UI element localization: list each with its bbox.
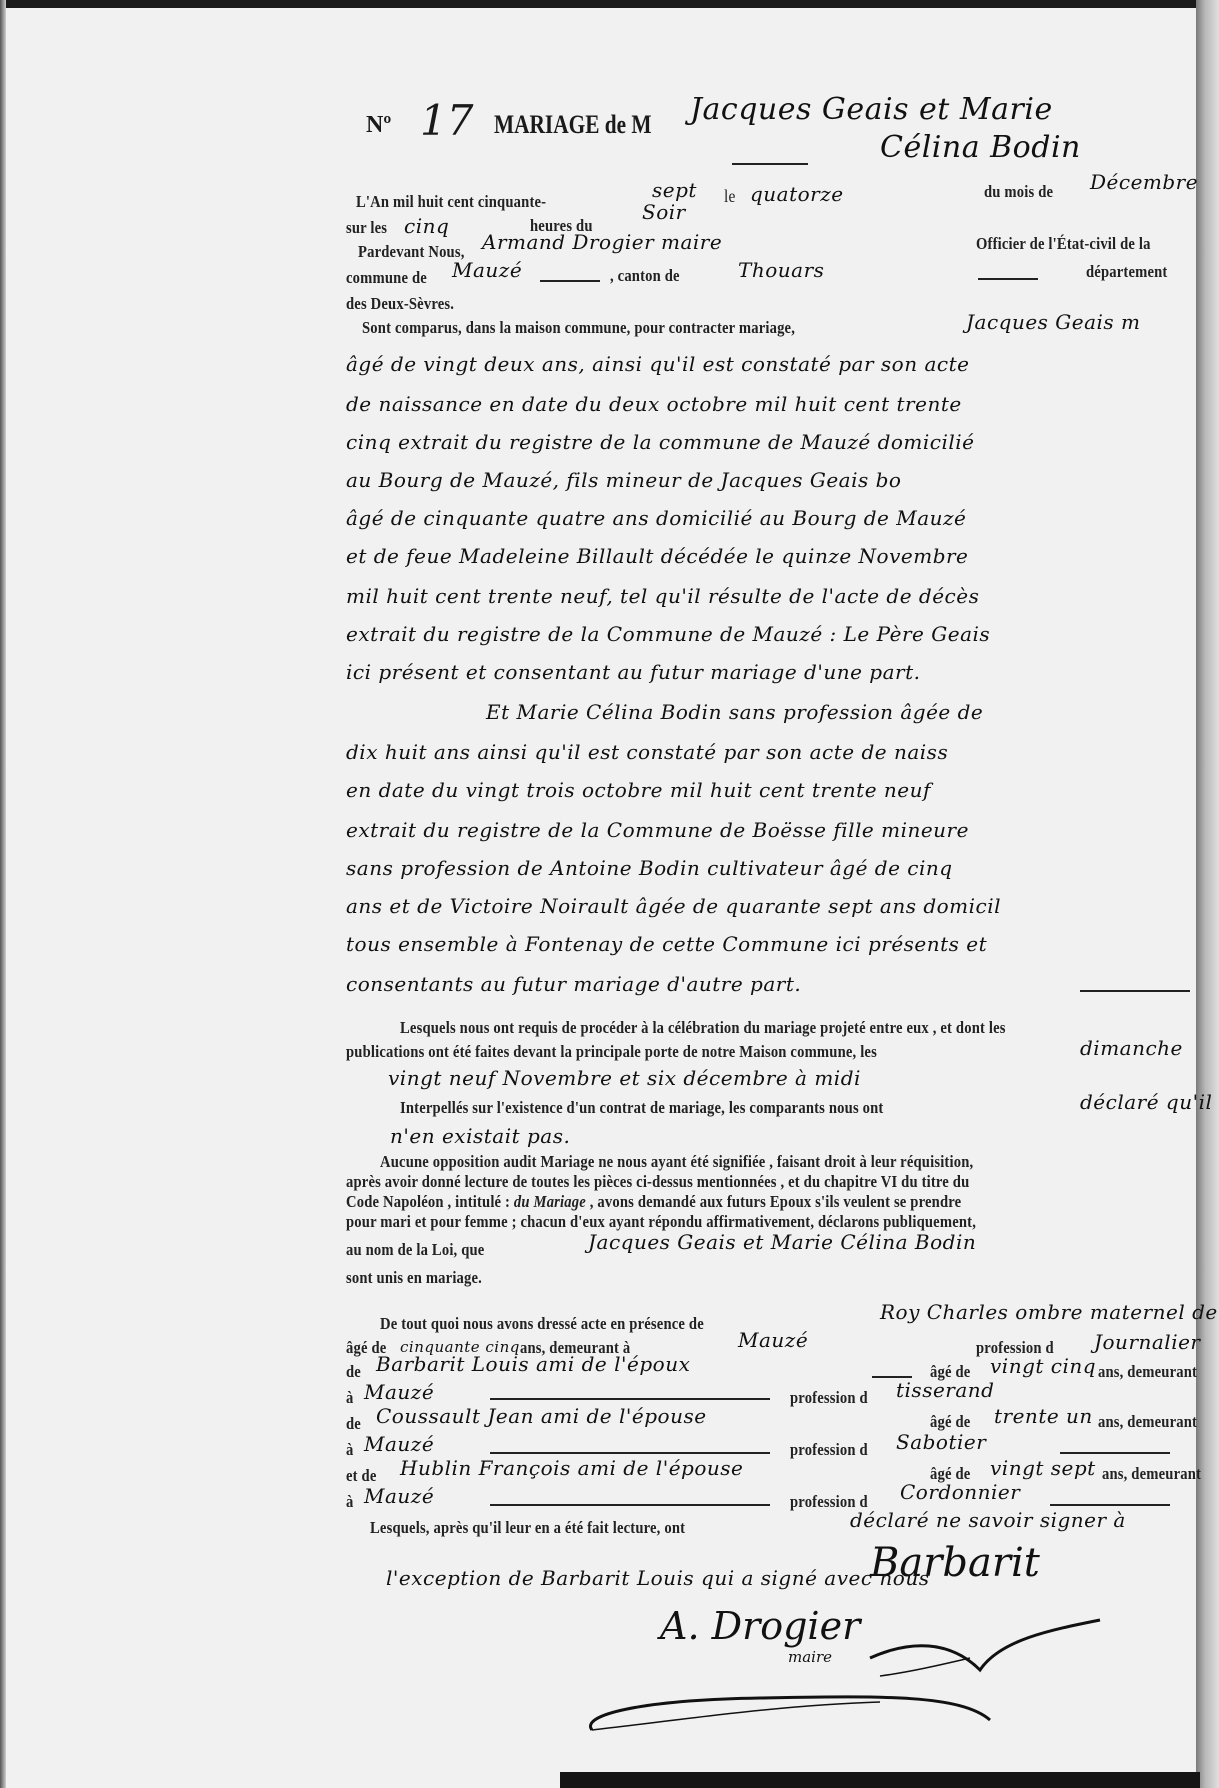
contract-declaration-value: n'en existait pas. (390, 1124, 570, 1148)
officer-label: Officier de l'État-civil de la (976, 234, 1151, 254)
header-rule (732, 163, 808, 165)
fill-dash (1050, 1504, 1170, 1506)
fill-dash (490, 1452, 770, 1454)
residence-prefix: à (346, 1492, 353, 1512)
groom-line: au Bourg de Mauzé, fils mineur de Jacque… (346, 468, 901, 492)
departement-value: des Deux-Sèvres. (346, 294, 454, 314)
page-top-edge (0, 0, 1219, 8)
witness-age: trente un (994, 1404, 1093, 1428)
opposition-text: Code Napoléon , intitulé : du Mariage , … (346, 1192, 961, 1212)
officer-name: Armand Drogier maire (482, 230, 722, 254)
united-text: sont unis en mariage. (346, 1268, 482, 1288)
witness-prefix: et de (346, 1466, 377, 1486)
code-title: du Mariage (514, 1192, 586, 1211)
header-names-line1: Jacques Geais et Marie (690, 92, 1053, 127)
residence-label: ans, demeurant (1098, 1412, 1197, 1432)
fill-dash (1060, 1452, 1170, 1454)
record-number-label: Nº (366, 112, 391, 139)
fill-dash (1080, 990, 1190, 992)
opposition-text: Aucune opposition audit Mariage ne nous … (380, 1152, 973, 1172)
hour-value: cinq (404, 214, 449, 238)
groom-line: mil huit cent trente neuf, tel qu'il rés… (346, 584, 979, 608)
residence-prefix: à (346, 1440, 353, 1460)
witness-residence: Mauzé (364, 1484, 434, 1508)
bride-line: consentants au futur mariage d'autre par… (346, 972, 801, 996)
before-us-label: Pardevant Nous, (358, 242, 465, 262)
bride-line: extrait du registre de la Commune de Boë… (346, 818, 969, 842)
witness-prefix: de (346, 1414, 361, 1434)
opposition-text: pour mari et pour femme ; chacun d'eux a… (346, 1212, 976, 1232)
couple-names: Jacques Geais et Marie Célina Bodin (588, 1230, 976, 1254)
witness-name: Roy Charles ombre maternel de l'époux (880, 1300, 1219, 1324)
hour-prefix: sur les (346, 218, 387, 238)
header-names-line2: Célina Bodin (880, 130, 1081, 165)
closing-text: Lesquels, après qu'il leur en a été fait… (370, 1518, 685, 1538)
record-number: 17 (420, 96, 473, 145)
age-label: âgé de (930, 1412, 970, 1432)
fill-dash (540, 280, 600, 282)
commune-value: Mauzé (452, 258, 522, 282)
groom-line: âgé de vingt deux ans, ainsi qu'il est c… (346, 352, 969, 376)
year-prefix: L'An mil huit cent cinquante- (356, 192, 546, 212)
bride-line: en date du vingt trois octobre mil huit … (346, 778, 931, 802)
period-value: Soir (642, 200, 686, 224)
signature-flourish-icon (580, 1610, 1120, 1750)
fill-dash (490, 1398, 770, 1400)
witness-name: Barbarit Louis ami de l'époux (376, 1352, 690, 1376)
groom-line: âgé de cinquante quatre ans domicilié au… (346, 506, 966, 530)
groom-line: de naissance en date du deux octobre mil… (346, 392, 962, 416)
bride-line: tous ensemble à Fontenay de cette Commun… (346, 932, 987, 956)
witness-prefix: de (346, 1362, 361, 1382)
witness-signature: Barbarit (870, 1540, 1040, 1586)
appearance-intro: Sont comparus, dans la maison commune, p… (362, 318, 795, 338)
bride-line: dix huit ans ainsi qu'il est constaté pa… (346, 740, 948, 764)
publication-text: publications ont été faites devant la pr… (346, 1042, 877, 1062)
residence-label: ans, demeurant (1098, 1362, 1197, 1382)
record-title: MARIAGE de M (494, 110, 652, 140)
groom-name: Jacques Geais m (966, 310, 1141, 334)
fill-dash (490, 1504, 770, 1506)
closing-declaration: déclaré ne savoir signer à (850, 1508, 1126, 1532)
page-bottom-edge (560, 1772, 1200, 1788)
canton-value: Thouars (738, 258, 824, 282)
contract-declaration: déclaré qu'il (1080, 1090, 1212, 1114)
groom-line: et de feue Madeleine Billault décédée le… (346, 544, 968, 568)
opposition-text: après avoir donné lecture de toutes les … (346, 1172, 969, 1192)
loi-label: au nom de la Loi, que (346, 1240, 484, 1260)
witness-profession: Cordonnier (900, 1480, 1020, 1504)
fill-dash (978, 278, 1038, 280)
profession-label: profession d (790, 1388, 868, 1408)
month-label: du mois de (984, 182, 1053, 202)
witness-age: vingt sept (990, 1456, 1096, 1480)
canton-label: , canton de (610, 266, 680, 286)
groom-line: extrait du registre de la Commune de Mau… (346, 622, 990, 646)
bride-line: sans profession de Antoine Bodin cultiva… (346, 856, 953, 880)
witnesses-intro: De tout quoi nous avons dressé acte en p… (380, 1314, 704, 1334)
groom-line: cinq extrait du registre de la commune d… (346, 430, 975, 454)
witness-profession: tisserand (896, 1378, 994, 1402)
bride-line: ans et de Victoire Noirault âgée de quar… (346, 894, 1001, 918)
witness-profession: Journalier (1094, 1330, 1201, 1354)
month-value: Décembre (1090, 170, 1198, 194)
commune-label: commune de (346, 268, 427, 288)
witness-name: Hublin François ami de l'épouse (400, 1456, 743, 1480)
page-left-edge (0, 0, 6, 1788)
witness-age: vingt cinq (990, 1354, 1096, 1378)
residence-prefix: à (346, 1388, 353, 1408)
publication-dates: vingt neuf Novembre et six décembre à mi… (388, 1066, 861, 1090)
day-prefix: le (724, 186, 736, 207)
departement-label: département (1086, 262, 1167, 282)
contract-text: Interpellés sur l'existence d'un contrat… (400, 1098, 883, 1118)
groom-line: ici présent et consentant au futur maria… (346, 660, 920, 684)
bride-line: Et Marie Célina Bodin sans profession âg… (486, 700, 983, 724)
publication-text: Lesquels nous ont requis de procéder à l… (400, 1018, 1006, 1038)
witness-name: Coussault Jean ami de l'épouse (376, 1404, 707, 1428)
year-suffix: sept (652, 178, 697, 202)
witness-residence: Mauzé (364, 1432, 434, 1456)
publication-day: dimanche (1080, 1036, 1183, 1060)
profession-label: profession d (790, 1440, 868, 1460)
code-rest: , avons demandé aux futurs Epoux s'ils v… (590, 1192, 962, 1211)
witness-residence: Mauzé (738, 1328, 808, 1352)
page-binding-edge (1196, 0, 1219, 1788)
witness-residence: Mauzé (364, 1380, 434, 1404)
witness-profession: Sabotier (896, 1430, 986, 1454)
day-value: quatorze (750, 182, 844, 206)
residence-label: ans, demeurant (1102, 1464, 1201, 1484)
code-label: Code Napoléon , intitulé : (346, 1192, 510, 1211)
closing-declaration: l'exception de Barbarit Louis qui a sign… (386, 1566, 929, 1590)
